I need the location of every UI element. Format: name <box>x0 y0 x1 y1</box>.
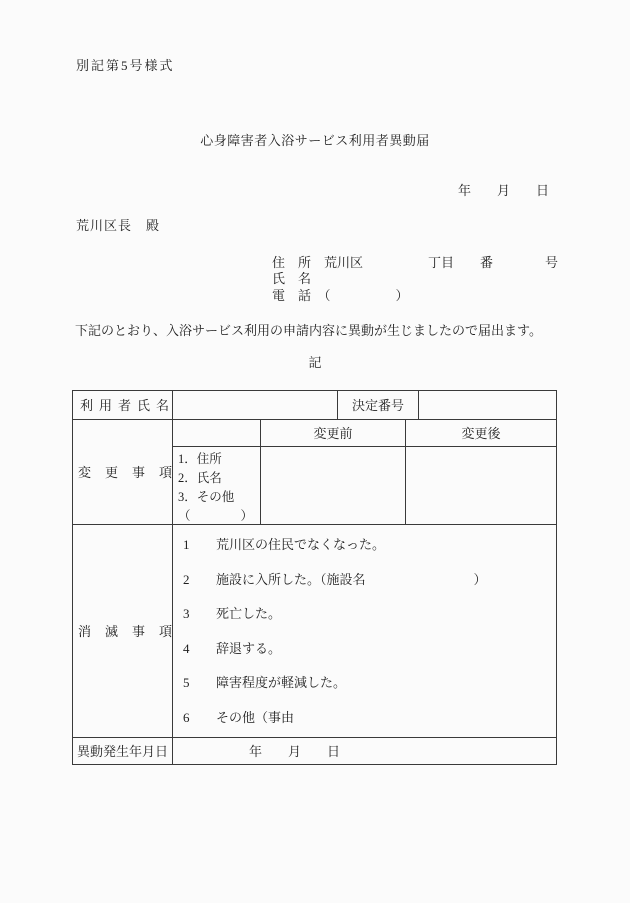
date-line: 年 月 日 <box>458 183 549 198</box>
decision-number-label-cell: 決定番号 <box>338 391 419 420</box>
after-header-label: 変更後 <box>461 426 500 441</box>
change-item: 2．氏名 <box>178 469 260 488</box>
loss-item-number: 5 <box>183 666 216 701</box>
change-date-value: 年 月 日 <box>249 744 340 759</box>
document-page: 別記第5号様式 心身障害者入浴サービス利用者異動届 年 月 日 荒川区長 殿 住… <box>0 0 630 903</box>
loss-item-text: 辞退する。 <box>216 641 281 656</box>
user-name-value-cell <box>173 391 338 420</box>
decision-number-label: 決定番号 <box>352 398 404 413</box>
loss-item-text: 荒川区の住民でなくなった。 <box>216 537 385 552</box>
change-date-label-cell: 異動発生年月日 <box>73 738 173 764</box>
loss-item: 3死亡した。 <box>183 597 556 632</box>
loss-item: 1荒川区の住民でなくなった。 <box>183 528 556 563</box>
loss-item-text: 死亡した。 <box>216 606 281 621</box>
section-marker: 記 <box>0 355 630 370</box>
document-title: 心身障害者入浴サービス利用者異動届 <box>0 133 630 148</box>
form-number: 別記第5号様式 <box>76 58 175 73</box>
loss-section-label: 消滅事項 <box>73 624 173 639</box>
recipient-line: 荒川区長 殿 <box>76 218 160 233</box>
loss-item: 4辞退する。 <box>183 632 556 667</box>
loss-item-number: 2 <box>183 563 216 598</box>
user-name-label-cell: 利用者氏名 <box>73 391 173 420</box>
change-items-cell: 1．住所 2．氏名 3．その他 （ ） <box>173 447 261 525</box>
name-line: 氏 名 <box>272 271 311 286</box>
form-table: 利用者氏名 決定番号 変更事項 変更前 変更後 1．住所 2．氏名 3．その他 … <box>72 390 557 765</box>
loss-item: 5障害程度が軽減した。 <box>183 666 556 701</box>
change-header-blank-cell <box>173 420 261 447</box>
loss-item-number: 6 <box>183 701 216 736</box>
user-name-label: 利用者氏名 <box>73 398 173 413</box>
after-value-cell <box>406 447 556 525</box>
loss-section-label-cell: 消滅事項 <box>73 525 173 738</box>
loss-item-number: 4 <box>183 632 216 667</box>
loss-item-number: 1 <box>183 528 216 563</box>
change-date-value-cell: 年 月 日 <box>173 738 556 764</box>
loss-item-suffix: ） <box>474 572 487 587</box>
body-text: 下記のとおり、入浴サービス利用の申請内容に異動が生じましたので届出ます。 <box>75 323 542 338</box>
loss-item-text: 障害程度が軽減した。 <box>216 675 346 690</box>
change-item: 3．その他 <box>178 488 260 507</box>
loss-items-cell: 1荒川区の住民でなくなった。 2施設に入所した。（施設名） 3死亡した。 4辞退… <box>173 525 556 738</box>
before-value-cell <box>261 447 406 525</box>
change-item: 1．住所 <box>178 450 260 469</box>
loss-item: 6その他（事由 <box>183 701 556 736</box>
before-header-cell: 変更前 <box>261 420 406 447</box>
address-line: 住 所 荒川区 丁目 番 号 <box>272 255 558 270</box>
loss-item-number: 3 <box>183 597 216 632</box>
change-section-label: 変更事項 <box>73 465 173 480</box>
loss-item-text: 施設に入所した。（施設名 <box>216 572 366 587</box>
change-item: （ ） <box>178 507 260 525</box>
before-header-label: 変更前 <box>313 426 352 441</box>
after-header-cell: 変更後 <box>406 420 556 447</box>
phone-line: 電 話 （ ） <box>272 288 409 303</box>
loss-item-text: その他（事由 <box>216 710 294 725</box>
change-section-label-cell: 変更事項 <box>73 420 173 525</box>
change-date-label: 異動発生年月日 <box>73 744 168 759</box>
decision-number-value-cell <box>419 391 556 420</box>
loss-item: 2施設に入所した。（施設名） <box>183 563 556 598</box>
